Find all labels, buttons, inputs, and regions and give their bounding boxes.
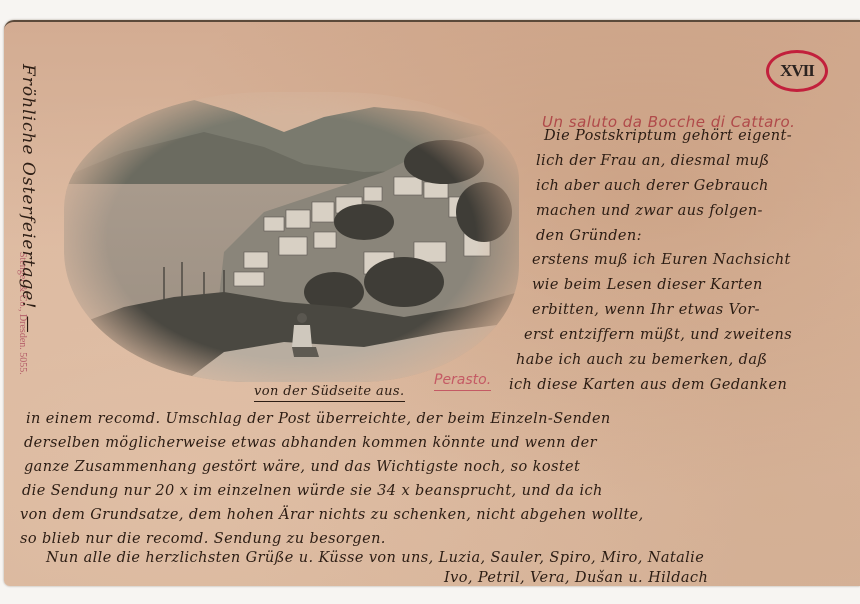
right-line-4: machen und zwar aus folgen-	[536, 203, 763, 219]
bay-landscape-image	[64, 92, 519, 382]
right-line-1: Die Postskriptum gehört eigent-	[544, 128, 792, 144]
body-line-1: in einem recomd. Umschlag der Post überr…	[26, 411, 611, 427]
photo-note: von der Südseite aus.	[254, 384, 405, 402]
right-line-2: lich der Frau an, diesmal muß	[536, 153, 770, 169]
right-line-3: ich aber auch derer Gebrauch	[536, 178, 769, 194]
perasto-photograph	[64, 92, 519, 382]
body-line-3: ganze Zusammenhang gestört wäre, und das…	[24, 459, 580, 475]
body-line-6: so blieb nur die recomd. Sendung zu beso…	[20, 531, 386, 547]
body-line-2: derselben möglicherweise etwas abhanden …	[24, 435, 597, 451]
right-line-8: erbitten, wenn Ihr etwas Vor-	[532, 302, 760, 318]
right-line-5: den Gründen:	[536, 228, 642, 244]
body-line-5: von dem Grundsatze, dem hohen Ärar nicht…	[20, 507, 644, 523]
right-line-11: ich diese Karten aus dem Gedanken	[509, 377, 787, 393]
right-line-7: wie beim Lesen dieser Karten	[532, 277, 763, 293]
right-line-9: erst entziffern müßt, und zweitens	[524, 327, 792, 343]
postcard: Un saluto da Bocche di Cattaro. Perasto.…	[4, 20, 860, 586]
body-line-7: Nun alle die herzlichsten Grüße u. Küsse…	[46, 550, 704, 566]
vertical-greeting: Fröhliche Osterfeiertage! —	[18, 64, 38, 334]
photo-caption: Perasto.	[434, 372, 491, 391]
body-line-8: Ivo, Petril, Vera, Dušan u. Hildach	[444, 570, 708, 586]
right-line-6: erstens muß ich Euren Nachsicht	[532, 252, 791, 268]
right-line-10: habe ich auch zu bemerken, daß	[516, 352, 767, 368]
roman-numeral-stamp: XVII	[766, 50, 828, 92]
body-line-4: die Sendung nur 20 x im einzelnen würde …	[22, 483, 603, 499]
